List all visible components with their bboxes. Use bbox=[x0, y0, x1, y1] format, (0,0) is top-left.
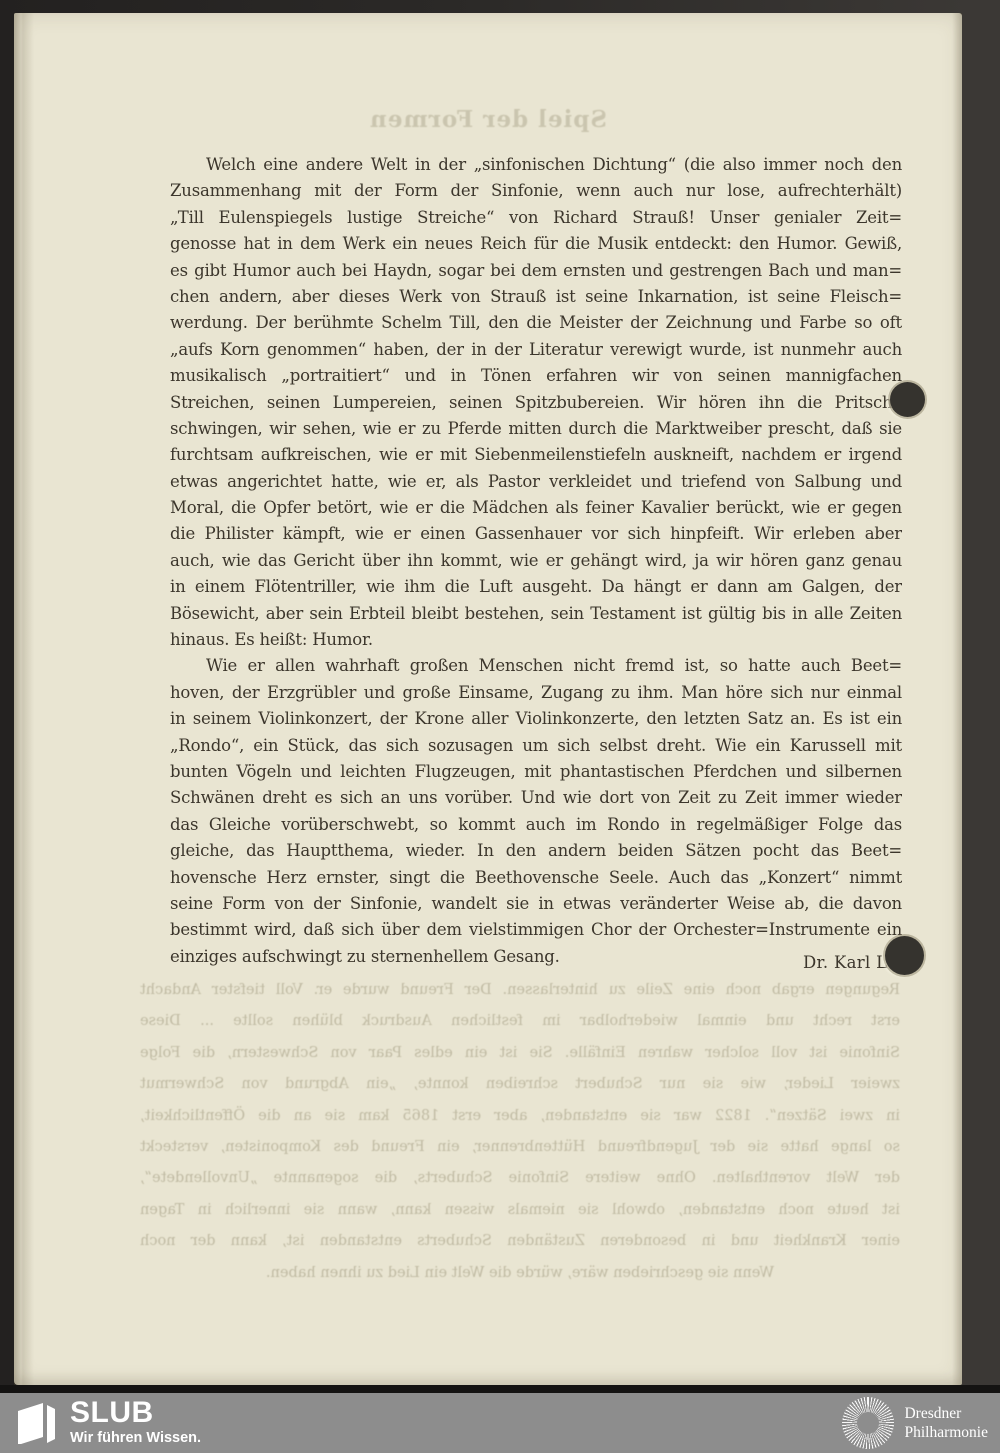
text-line: erst recht und einmal wiederholbar im fe… bbox=[140, 1006, 900, 1037]
text-line: in einem Flötentriller, wie ihm die Luft… bbox=[170, 574, 902, 600]
text-line: auch, wie das Gericht über ihn kommt, wi… bbox=[170, 548, 902, 574]
text-line: einer Krankheit und in besonderen Zustän… bbox=[140, 1226, 900, 1257]
text-line: gleiche, das Hauptthema, wieder. In den … bbox=[170, 838, 902, 864]
showthrough-title: Spiel der Formen bbox=[14, 106, 962, 133]
text-line: ist heute noch entstanden, obwohl sie ni… bbox=[140, 1195, 900, 1226]
text-line: Streichen, seinen Lumpereien, seinen Spi… bbox=[170, 390, 902, 416]
sunburst-icon bbox=[842, 1397, 894, 1449]
text-line: genosse hat in dem Werk ein neues Reich … bbox=[170, 231, 902, 257]
text-line: Welch eine andere Welt in der „sinfonisc… bbox=[170, 152, 902, 178]
scan-divider bbox=[0, 1385, 1000, 1393]
text-line: der Welt vorenthalten. Ohne weitere Sinf… bbox=[140, 1163, 900, 1194]
text-line: Sinfonie ist voll solcher wahren Einfäll… bbox=[140, 1038, 900, 1069]
text-line: Wie er allen wahrhaft großen Menschen ni… bbox=[170, 653, 902, 679]
philharmonie-line2: Philharmonie bbox=[904, 1424, 988, 1441]
text-line: etwas angerichtet hatte, wie er, als Pas… bbox=[170, 469, 902, 495]
text-line: Moral, die Opfer betört, wie er die Mädc… bbox=[170, 495, 902, 521]
slub-logo: SLUB Wir führen Wissen. bbox=[0, 1398, 201, 1449]
slub-wordmark: SLUB bbox=[70, 1398, 201, 1428]
text-line: hinaus. Es heißt: Humor. bbox=[170, 627, 902, 653]
text-line: Wenn sie geschrieben wäre, würde die Wel… bbox=[140, 1258, 900, 1289]
text-line: werdung. Der berühmte Schelm Till, den d… bbox=[170, 310, 902, 336]
philharmonie-wordmark: Dresdner Philharmonie bbox=[904, 1404, 988, 1442]
text-line: Schwänen dreht es sich an uns vorüber. U… bbox=[170, 785, 902, 811]
philharmonie-logo: Dresdner Philharmonie bbox=[842, 1397, 1000, 1449]
paragraph-2: Wie er allen wahrhaft großen Menschen ni… bbox=[170, 653, 902, 970]
paragraph-1: Welch eine andere Welt in der „sinfonisc… bbox=[170, 152, 902, 653]
text-line: in zwei Sätzen“. 1822 war sie entstanden… bbox=[140, 1101, 900, 1132]
punch-hole-bottom bbox=[885, 936, 924, 975]
text-line: Zusammenhang mit der Form der Sinfonie, … bbox=[170, 178, 902, 204]
slub-tagline: Wir führen Wissen. bbox=[70, 1430, 201, 1446]
text-line: so lange hatte sie der Jugendfreund Hütt… bbox=[140, 1132, 900, 1163]
text-line: musikalisch „portraitiert“ und in Tönen … bbox=[170, 363, 902, 389]
text-line: das Gleiche vorüberschwebt, so kommt auc… bbox=[170, 812, 902, 838]
philharmonie-line1: Dresdner bbox=[904, 1405, 961, 1422]
document-text: Welch eine andere Welt in der „sinfonisc… bbox=[170, 152, 902, 977]
text-line: bunten Vögeln und leichten Flugzeugen, m… bbox=[170, 759, 902, 785]
text-line: bestimmt wird, daß sich über dem vielsti… bbox=[170, 917, 902, 943]
text-line: chen andern, aber dieses Werk von Strauß… bbox=[170, 284, 902, 310]
text-line: es gibt Humor auch bei Haydn, sogar bei … bbox=[170, 258, 902, 284]
text-line: zweier Lieder, wie sie nur Schubert schr… bbox=[140, 1069, 900, 1100]
text-line: die Philister kämpft, wie er einen Gasse… bbox=[170, 521, 902, 547]
text-line: schwingen, wir sehen, wie er zu Pferde m… bbox=[170, 416, 902, 442]
text-line: furchtsam aufkreischen, wie er mit Siebe… bbox=[170, 442, 902, 468]
text-line: „Rondo“, ein Stück, das sich sozusagen u… bbox=[170, 733, 902, 759]
text-line: Bösewicht, aber sein Erbteil bleibt best… bbox=[170, 601, 902, 627]
text-line: „Till Eulenspiegels lustige Streiche“ vo… bbox=[170, 205, 902, 231]
scanned-page: Spiel der Formen Welch eine andere Welt … bbox=[14, 13, 962, 1385]
text-line: in seinem Violinkonzert, der Krone aller… bbox=[170, 706, 902, 732]
punch-hole-top bbox=[890, 382, 925, 417]
text-line: seine Form von der Sinfonie, wandelt sie… bbox=[170, 891, 902, 917]
showthrough-text-block: Regungen ergab noch eine Zeile zu hinter… bbox=[140, 975, 900, 1289]
text-line: hoven, der Erzgrübler und große Einsame,… bbox=[170, 680, 902, 706]
footer-bar: SLUB Wir führen Wissen. Dresdner Philhar… bbox=[0, 1393, 1000, 1453]
open-book-icon bbox=[18, 1402, 56, 1449]
scan-viewport: Spiel der Formen Welch eine andere Welt … bbox=[0, 0, 1000, 1453]
text-line: hovensche Herz ernster, singt die Beetho… bbox=[170, 865, 902, 891]
text-line: „aufs Korn genommen“ haben, der in der L… bbox=[170, 337, 902, 363]
text-line: Regungen ergab noch eine Zeile zu hinter… bbox=[140, 975, 900, 1006]
